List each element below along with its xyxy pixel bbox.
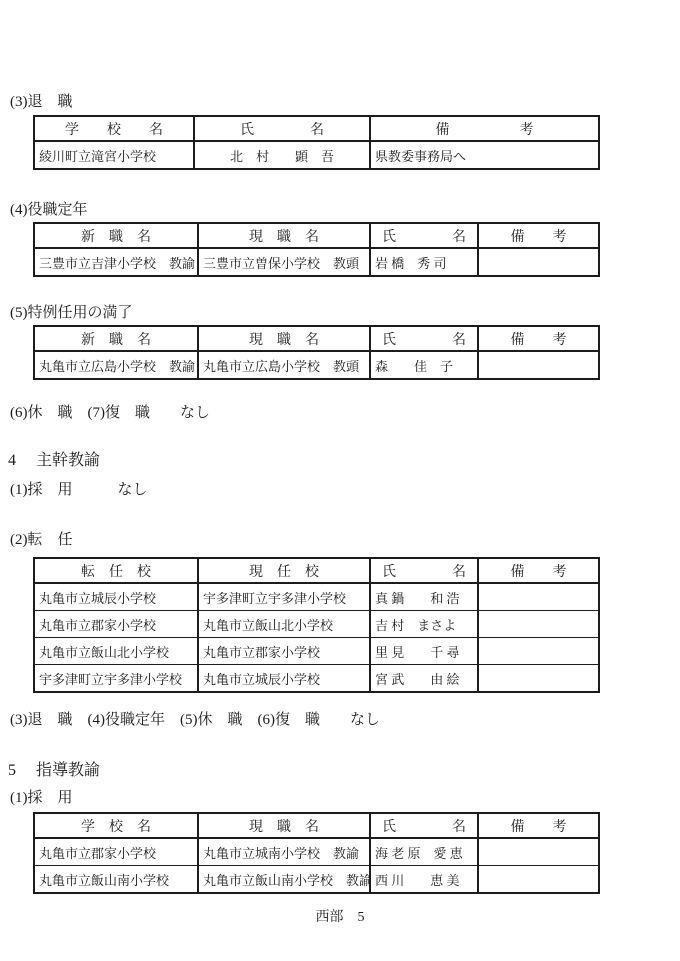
header-person-name: 氏 名 xyxy=(370,558,478,583)
header-school-name: 学 校 名 xyxy=(34,813,198,838)
header-current-post: 現 職 名 xyxy=(198,813,370,838)
cell-note xyxy=(478,665,599,693)
header-person-name: 氏 名 xyxy=(370,326,478,351)
header-person-name: 氏 名 xyxy=(194,116,370,141)
cell-current-school: 丸亀市立城辰小学校 xyxy=(198,665,370,693)
cell-new-school: 丸亀市立飯山北小学校 xyxy=(34,638,198,665)
table-row: 綾川町立滝宮小学校 北 村 顕 吾 県教委事務局へ xyxy=(34,141,599,169)
section-heading-special-appointment: (5)特例任用の満了 xyxy=(10,304,133,322)
page-footer-label: 西部 5 xyxy=(0,906,680,926)
cell-person-name: 里 見 千 尋 xyxy=(370,638,478,665)
cell-new-post: 丸亀市立広島小学校 教諭 xyxy=(34,351,198,379)
special-appointment-table: 新 職 名 現 職 名 氏 名 備 考 丸亀市立広島小学校 教諭 丸亀市立広島小… xyxy=(33,325,600,380)
section-heading-transfer: (2)転 任 xyxy=(10,531,73,549)
transfer-table: 転 任 校 現 任 校 氏 名 備 考 丸亀市立城辰小学校 宇多津町立宇多津小学… xyxy=(33,557,600,693)
cell-person-name: 海 老 原 愛 恵 xyxy=(370,838,478,866)
section-heading-retirement: (3)退 職 xyxy=(10,93,73,111)
cell-current-school: 宇多津町立宇多津小学校 xyxy=(198,583,370,611)
header-current-post: 現 職 名 xyxy=(198,326,370,351)
section-heading-senior-teacher: 4 主幹教諭 xyxy=(8,452,100,470)
cell-note xyxy=(478,866,599,894)
cell-new-school: 宇多津町立宇多津小学校 xyxy=(34,665,198,693)
cell-person-name: 吉 村 まさよ xyxy=(370,611,478,638)
cell-new-school: 丸亀市立城辰小学校 xyxy=(34,583,198,611)
table-row: 三豊市立吉津小学校 教諭 三豊市立曽保小学校 教頭 岩 橋 秀 司 xyxy=(34,248,599,276)
cell-person-name: 森 佳 子 xyxy=(370,351,478,379)
hiring-table: 学 校 名 現 職 名 氏 名 備 考 丸亀市立郡家小学校 丸亀市立城南小学校 … xyxy=(33,812,600,894)
cell-note xyxy=(478,611,599,638)
retirement-table: 学 校 名 氏 名 備 考 綾川町立滝宮小学校 北 村 顕 吾 県教委事務局へ xyxy=(33,115,600,170)
header-new-post: 新 職 名 xyxy=(34,223,198,248)
section-heading-leave-reinstatement-none: (6)休 職 (7)復 職 なし xyxy=(10,404,210,422)
header-new-post: 新 職 名 xyxy=(34,326,198,351)
header-current-post: 現 職 名 xyxy=(198,223,370,248)
mandatory-retirement-table: 新 職 名 現 職 名 氏 名 備 考 三豊市立吉津小学校 教諭 三豊市立曽保小… xyxy=(33,222,600,277)
section-heading-guidance-teacher: 5 指導教諭 xyxy=(8,762,100,780)
table-row: 宇多津町立宇多津小学校 丸亀市立城辰小学校 宮 武 由 絵 xyxy=(34,665,599,693)
header-new-school: 転 任 校 xyxy=(34,558,198,583)
cell-note xyxy=(478,351,599,379)
cell-person-name: 真 鍋 和 浩 xyxy=(370,583,478,611)
cell-school-name: 丸亀市立郡家小学校 xyxy=(34,838,198,866)
header-person-name: 氏 名 xyxy=(370,223,478,248)
cell-current-school: 丸亀市立郡家小学校 xyxy=(198,638,370,665)
cell-new-post: 三豊市立吉津小学校 教諭 xyxy=(34,248,198,276)
table-header-row: 学 校 名 氏 名 備 考 xyxy=(34,116,599,141)
cell-person-name: 西 川 恵 美 xyxy=(370,866,478,894)
cell-note xyxy=(478,248,599,276)
header-note: 備 考 xyxy=(478,558,599,583)
section-heading-hiring: (1)採 用 xyxy=(10,789,73,807)
table-row: 丸亀市立飯山北小学校 丸亀市立郡家小学校 里 見 千 尋 xyxy=(34,638,599,665)
table-row: 丸亀市立郡家小学校 丸亀市立飯山北小学校 吉 村 まさよ xyxy=(34,611,599,638)
header-note: 備 考 xyxy=(478,223,599,248)
cell-note xyxy=(478,838,599,866)
cell-current-post: 丸亀市立広島小学校 教頭 xyxy=(198,351,370,379)
cell-person-name: 宮 武 由 絵 xyxy=(370,665,478,693)
document-page: (3)退 職 学 校 名 氏 名 備 考 綾川町立滝宮小学校 北 村 顕 吾 県… xyxy=(0,0,680,961)
section-heading-mandatory-retirement: (4)役職定年 xyxy=(10,201,88,219)
cell-current-post: 三豊市立曽保小学校 教頭 xyxy=(198,248,370,276)
cell-current-school: 丸亀市立飯山北小学校 xyxy=(198,611,370,638)
header-note: 備 考 xyxy=(370,116,599,141)
table-header-row: 新 職 名 現 職 名 氏 名 備 考 xyxy=(34,326,599,351)
header-school-name: 学 校 名 xyxy=(34,116,194,141)
cell-person-name: 岩 橋 秀 司 xyxy=(370,248,478,276)
section-heading-others-none: (3)退 職 (4)役職定年 (5)休 職 (6)復 職 なし xyxy=(10,711,380,729)
cell-person-name: 北 村 顕 吾 xyxy=(194,141,370,169)
cell-school-name: 綾川町立滝宮小学校 xyxy=(34,141,194,169)
table-header-row: 転 任 校 現 任 校 氏 名 備 考 xyxy=(34,558,599,583)
table-row: 丸亀市立城辰小学校 宇多津町立宇多津小学校 真 鍋 和 浩 xyxy=(34,583,599,611)
section-heading-hiring-none: (1)採 用 なし xyxy=(10,481,148,499)
cell-new-school: 丸亀市立郡家小学校 xyxy=(34,611,198,638)
header-note: 備 考 xyxy=(478,813,599,838)
header-person-name: 氏 名 xyxy=(370,813,478,838)
table-row: 丸亀市立飯山南小学校 丸亀市立飯山南小学校 教諭 西 川 恵 美 xyxy=(34,866,599,894)
cell-school-name: 丸亀市立飯山南小学校 xyxy=(34,866,198,894)
cell-current-post: 丸亀市立飯山南小学校 教諭 xyxy=(198,866,370,894)
table-row: 丸亀市立郡家小学校 丸亀市立城南小学校 教諭 海 老 原 愛 恵 xyxy=(34,838,599,866)
cell-current-post: 丸亀市立城南小学校 教諭 xyxy=(198,838,370,866)
header-note: 備 考 xyxy=(478,326,599,351)
table-header-row: 新 職 名 現 職 名 氏 名 備 考 xyxy=(34,223,599,248)
header-current-school: 現 任 校 xyxy=(198,558,370,583)
cell-note xyxy=(478,638,599,665)
table-row: 丸亀市立広島小学校 教諭 丸亀市立広島小学校 教頭 森 佳 子 xyxy=(34,351,599,379)
cell-note xyxy=(478,583,599,611)
table-header-row: 学 校 名 現 職 名 氏 名 備 考 xyxy=(34,813,599,838)
cell-note: 県教委事務局へ xyxy=(370,141,599,169)
